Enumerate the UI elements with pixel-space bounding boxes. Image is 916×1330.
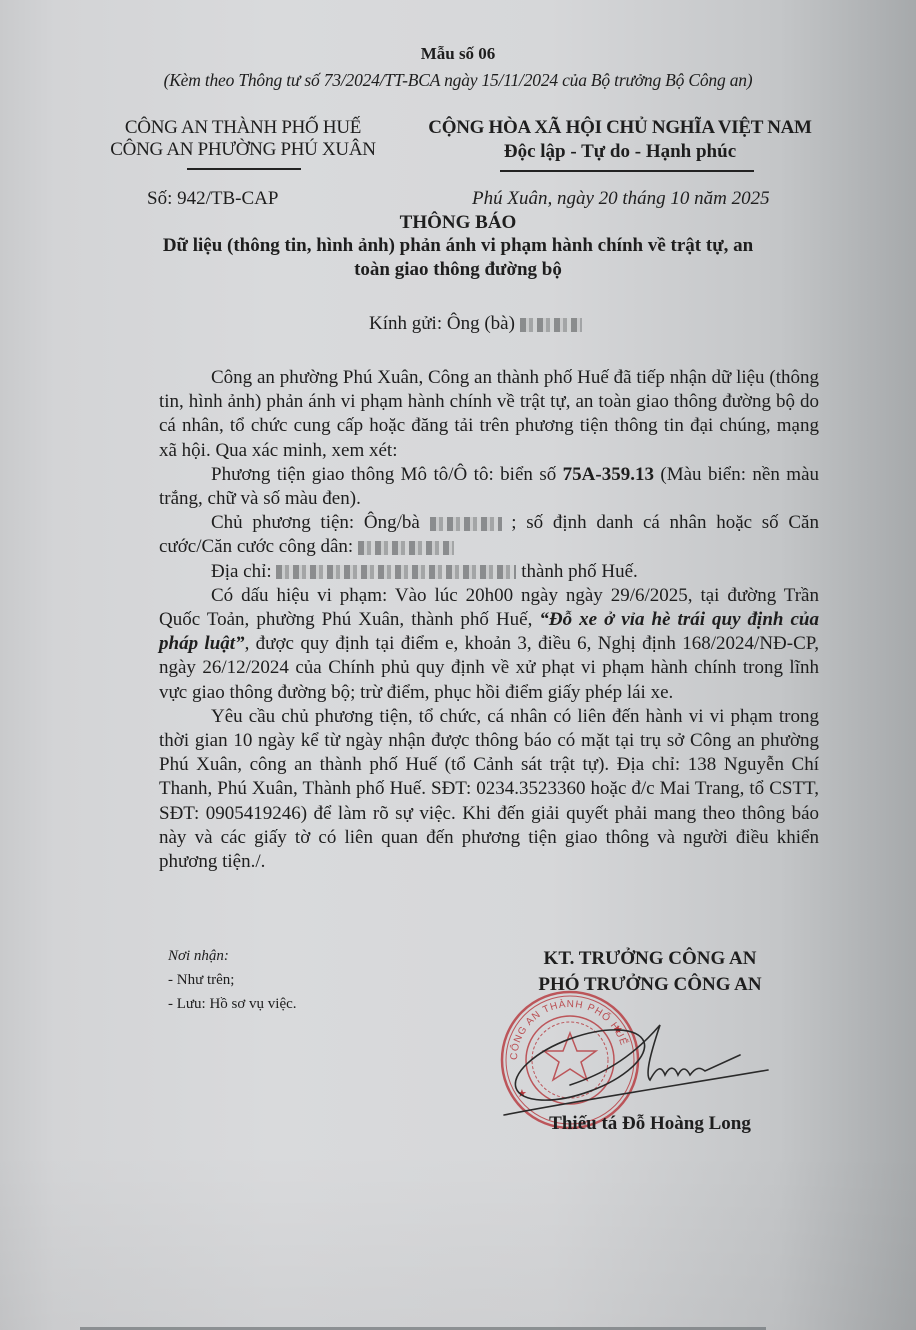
motto-underline <box>500 170 754 172</box>
address-city: thành phố Huế. <box>516 561 637 582</box>
owner-label: Chủ phương tiện: Ông/bà <box>211 512 430 533</box>
vehicle-paragraph: Phương tiện giao thông Mô tô/Ô tô: biển … <box>159 463 819 511</box>
vehicle-label: Phương tiện giao thông Mô tô/Ô tô: biển … <box>211 464 563 485</box>
page-shadow <box>0 1150 916 1330</box>
legal-basis: , được quy định tại điểm e, khoản 3, điề… <box>159 633 819 702</box>
recipient-label: Kính gửi: Ông (bà) <box>369 313 515 334</box>
request-paragraph: Yêu cầu chủ phương tiện, tổ chức, cá nhâ… <box>159 705 819 874</box>
document-title: THÔNG BÁO <box>0 212 916 234</box>
owner-paragraph: Chủ phương tiện: Ông/bà ; số định danh c… <box>159 511 819 559</box>
license-plate: 75A-359.13 <box>563 464 654 485</box>
recipients-item: - Lưu: Hồ sơ vụ việc. <box>168 996 297 1013</box>
recipient-line: Kính gửi: Ông (bà) <box>369 313 582 335</box>
document-subtitle-line2: toàn giao thông đường bộ <box>0 259 916 281</box>
agency-parent: CÔNG AN THÀNH PHỐ HUẾ <box>103 117 383 139</box>
document-page: Mẫu số 06 (Kèm theo Thông tư số 73/2024/… <box>0 0 916 1330</box>
recipients-item: - Như trên; <box>168 972 234 989</box>
signature-authority: KT. TRƯỞNG CÔNG AN <box>470 948 830 970</box>
form-number: Mẫu số 06 <box>0 44 916 64</box>
recipients-label: Nơi nhận: <box>168 948 229 965</box>
body-intro-paragraph: Công an phường Phú Xuân, Công an thành p… <box>159 366 819 463</box>
national-motto: Độc lập - Tự do - Hạnh phúc <box>420 141 820 163</box>
agency-name: CÔNG AN PHƯỜNG PHÚ XUÂN <box>103 139 383 161</box>
attachment-note: (Kèm theo Thông tư số 73/2024/TT-BCA ngà… <box>0 70 916 91</box>
redacted-owner-name <box>430 517 502 531</box>
document-body: Công an phường Phú Xuân, Công an thành p… <box>159 366 819 874</box>
address-label: Địa chỉ: <box>211 561 276 582</box>
violation-paragraph: Có dấu hiệu vi phạm: Vào lúc 20h00 ngày … <box>159 584 819 705</box>
document-number: Số: 942/TB-CAP <box>147 188 278 210</box>
redacted-recipient-name <box>520 318 582 332</box>
redacted-id-number <box>358 541 454 555</box>
national-title: CỘNG HÒA XÃ HỘI CHỦ NGHĨA VIỆT NAM <box>420 117 820 139</box>
address-paragraph: Địa chỉ: thành phố Huế. <box>159 560 819 584</box>
agency-underline <box>187 168 301 170</box>
place-date: Phú Xuân, ngày 20 tháng 10 năm 2025 <box>472 188 770 210</box>
signer-name: Thiếu tá Đỗ Hoàng Long <box>470 1113 830 1135</box>
redacted-address <box>276 565 516 579</box>
document-subtitle-line1: Dữ liệu (thông tin, hình ảnh) phản ánh v… <box>0 235 916 257</box>
